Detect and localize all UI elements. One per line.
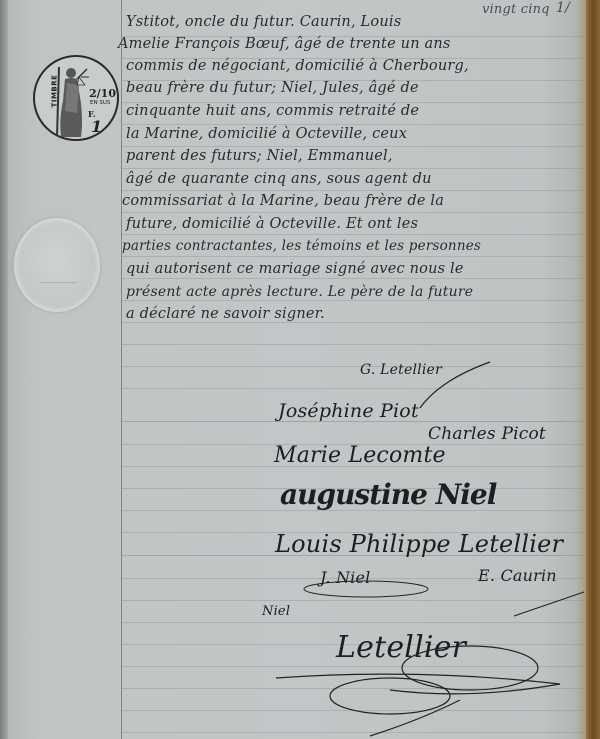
- body-line: présent acte après lecture. Le père de l…: [126, 284, 473, 300]
- ruled-line: [122, 666, 584, 667]
- body-line: commis de négociant, domicilié à Cherbou…: [126, 58, 469, 74]
- ruled-line: [122, 146, 584, 147]
- body-line: cinquante huit ans, commis retraité de: [126, 103, 419, 119]
- signature-flourish: [510, 590, 586, 620]
- body-line: Amelie François Bœuf, âgé de trente un a…: [118, 36, 451, 52]
- signature-marie-lecomte: Marie Lecomte: [274, 443, 446, 468]
- body-line: la Marine, domicilié à Octeville, ceux: [126, 126, 407, 142]
- ruled-line: [122, 168, 584, 169]
- signature-letellier-officer: Letellier: [336, 630, 466, 665]
- body-line: Ystitot, oncle du futur. Caurin, Louis: [126, 14, 401, 30]
- ruled-line: [122, 212, 584, 213]
- body-line: parent des futurs; Niel, Emmanuel,: [126, 148, 393, 164]
- body-line: qui autorisent ce mariage signé avec nou…: [126, 261, 464, 277]
- margin-rule: [121, 0, 122, 739]
- signature-g-letellier: G. Letellier: [360, 362, 442, 378]
- justice-figure-icon: [53, 63, 89, 139]
- ruled-line: [122, 622, 584, 623]
- ruled-line: [122, 256, 584, 257]
- ruled-line: [122, 234, 584, 235]
- stamp-price: 2/10: [89, 87, 116, 100]
- body-line: future, domicilié à Octeville. Et ont le…: [126, 216, 418, 232]
- ruled-line: [122, 600, 584, 601]
- body-line: âgé de quarante cinq ans, sous agent du: [126, 171, 432, 187]
- ruled-line: [122, 190, 584, 191]
- ruled-line: [122, 124, 584, 125]
- ruled-line: [122, 300, 584, 301]
- body-line: a déclaré ne savoir signer.: [126, 306, 325, 322]
- stamp-price-sub: EN SUS: [90, 100, 110, 106]
- signature-augustine-niel: augustine Niel: [280, 478, 496, 511]
- ruled-line: [122, 732, 584, 733]
- ruled-line: [122, 710, 584, 711]
- ruled-line: [122, 344, 584, 345]
- signature-josephine-piot: Joséphine Piot: [278, 400, 419, 422]
- stamp-denomination: 1.: [91, 117, 108, 136]
- page-edge: [586, 0, 600, 739]
- signature-charles-picot: Charles Picot: [428, 424, 546, 444]
- signature-louis-philippe-letellier: Louis Philippe Letellier: [275, 530, 563, 558]
- ruled-line: [122, 278, 584, 279]
- page-number-mark: 1/: [556, 0, 570, 16]
- ruled-line: [122, 322, 584, 323]
- body-line: commissariat à la Marine, beau frère de …: [122, 193, 444, 209]
- signature-e-caurin: E. Caurin: [478, 566, 557, 585]
- tax-stamp: TIMBRE 2/10 EN SUS F. 1.: [33, 55, 119, 141]
- register-page: vingt cinq 1/ TIMBRE 2/10 EN SUS F. 1. Y…: [0, 0, 586, 739]
- seal-line: [39, 282, 77, 283]
- body-line: parties contractantes, les témoins et le…: [122, 238, 481, 254]
- ruled-line: [122, 388, 584, 389]
- folio-note: vingt cinq: [482, 2, 550, 17]
- body-line: beau frère du futur; Niel, Jules, âgé de: [126, 80, 419, 96]
- signature-j-niel: J. Niel: [320, 568, 370, 587]
- ruled-line: [122, 366, 584, 367]
- page-binding: [0, 0, 8, 739]
- ruled-line: [122, 688, 584, 689]
- signature-niel: Niel: [262, 604, 290, 619]
- embossed-seal: [14, 218, 100, 312]
